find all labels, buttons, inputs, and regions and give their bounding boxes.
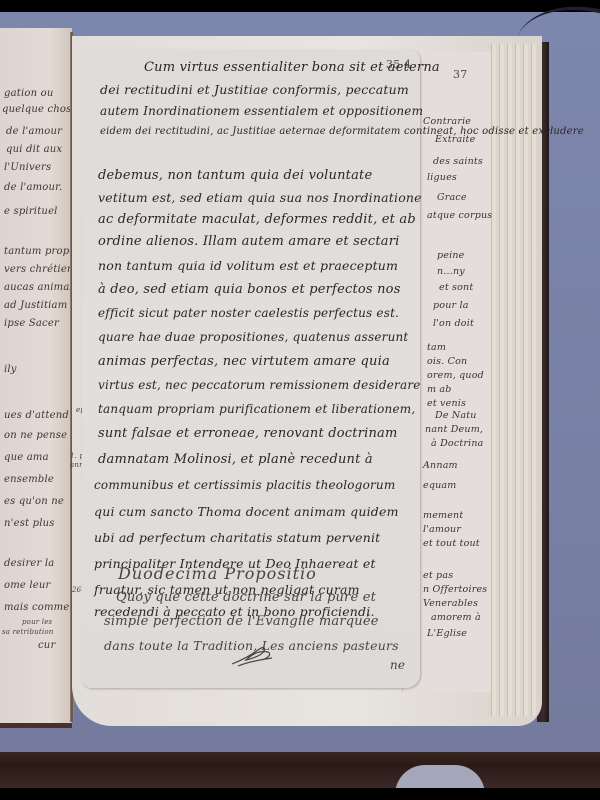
left-fragment: de l'amour.: [4, 182, 62, 193]
left-page: gation ou quelque chose non de l'amour q…: [0, 28, 72, 728]
text-line: quare hae duae propositiones, quatenus a…: [98, 330, 408, 344]
page-edges: [488, 44, 536, 716]
left-fragment: qui dit aux: [6, 144, 62, 155]
text-line: efficit sicut pater noster caelestis per…: [98, 306, 399, 320]
left-fragment: que ama: [4, 452, 49, 463]
text-line: animas perfectas, nec virtutem amare qui…: [98, 354, 390, 369]
left-fragment: ome leur: [4, 580, 51, 591]
margin-fragment: ligues: [427, 172, 457, 183]
french-text-line: simple perfection de l'Evangile marquée: [104, 614, 379, 629]
text-line: ac deformitate maculat, deformes reddit,…: [98, 212, 416, 227]
text-line: Cum virtus essentialiter bona sit et aet…: [144, 60, 440, 75]
margin-fragment: Grace: [437, 192, 467, 203]
margin-fragment: l'amour: [423, 524, 461, 535]
table-edge: [0, 752, 600, 790]
margin-fragment: orem, quod: [427, 370, 484, 381]
margin-fragment: atque corpus: [427, 210, 492, 221]
left-fragment: e spirituel: [4, 206, 58, 217]
margin-fragment: et tout tout: [423, 538, 480, 549]
margin-fragment: pour la: [433, 300, 469, 311]
text-line: autem Inordinationem essentialem et oppo…: [100, 104, 423, 118]
margin-fragment: mement: [423, 510, 463, 521]
left-fragment: sa retribution: [2, 628, 53, 636]
margin-fragment: des saints: [433, 156, 483, 167]
left-fragment: es qu'on ne: [4, 496, 64, 507]
margin-fragment: m ab: [427, 384, 452, 395]
margin-fragment: tam: [427, 342, 446, 353]
text-line: eidem dei rectitudini, ac Justitiae aete…: [100, 126, 584, 137]
margin-fragment: Annam: [423, 460, 458, 471]
text-line: qui cum sancto Thoma docent animam quide…: [94, 504, 399, 519]
left-fragment: ily: [4, 364, 17, 375]
text-line: à deo, sed etiam quia bonos et perfectos…: [98, 282, 401, 297]
left-fragment: ipse Sacer: [4, 318, 59, 329]
text-line: ubi ad perfectum charitatis statum perve…: [94, 530, 380, 545]
text-line: sunt falsae et erroneae, renovant doctri…: [98, 426, 398, 441]
margin-fragment: equam: [423, 480, 457, 491]
margin-fragment: ois. Con: [427, 356, 467, 367]
left-fragment: desirer la: [4, 558, 54, 569]
margin-fragment: et sont: [439, 282, 473, 293]
text-line: ordine alienos. Illam autem amare et sec…: [98, 234, 399, 249]
margin-fragment: l'on doit: [433, 318, 474, 329]
left-fragment: l'Univers: [4, 162, 51, 173]
text-line: tanquam propriam purificationem et liber…: [98, 402, 415, 416]
bottom-black-border: [0, 788, 600, 800]
margin-fragment: à Doctrina: [431, 438, 484, 449]
margin-fragment: n Offertoires: [423, 584, 487, 595]
margin-fragment: De Natu: [435, 410, 477, 421]
text-line: communibus et certissimis placitis theol…: [94, 478, 395, 492]
text-line: damnatam Molinosi, et planè recedunt à: [98, 452, 373, 467]
left-fragment: gation ou: [4, 88, 53, 99]
left-fragment: cur: [38, 640, 55, 651]
margin-fragment: n...ny: [437, 266, 465, 277]
left-fragment: mais comme: [4, 602, 69, 613]
french-text-line: ne: [390, 658, 405, 672]
text-line: non tantum quia id volitum est et praece…: [98, 258, 398, 273]
text-line: virtus est, nec peccatorum remissionem d…: [98, 378, 421, 392]
underlying-page-number: 37: [453, 68, 467, 81]
left-fragment: ad Justitiam: [4, 300, 67, 311]
left-fragment: ues d'attendre: [4, 410, 80, 421]
text-line: debemus, non tantum quia dei voluntate: [98, 168, 372, 183]
section-heading: Duodecima Propositio: [118, 564, 317, 583]
margin-fragment: Venerables: [423, 598, 478, 609]
text-line: vetitum est, sed etiam quia sua nos Inor…: [98, 190, 422, 205]
left-fragment: ensemble: [4, 474, 54, 485]
left-fragment: n'est plus: [4, 518, 55, 529]
left-fragment: tantum propo-: [4, 246, 79, 257]
left-fragment: aucas animas: [4, 282, 75, 293]
margin-fragment: amorem à: [431, 612, 481, 623]
text-line: dei rectitudini et Justitiae conformis, …: [100, 82, 409, 97]
margin-fragment: et venis: [427, 398, 466, 409]
margin-fragment: et pas: [423, 570, 453, 581]
margin-fragment: peine: [437, 250, 464, 261]
left-fragment: on ne pense: [4, 430, 67, 441]
flourish-signature-icon: [228, 642, 278, 668]
left-fragment: pour les: [22, 618, 52, 626]
margin-fragment: L'Eglise: [427, 628, 467, 639]
left-fragment: de l'amour: [6, 126, 62, 137]
french-text-line: Quoy que cette doctrine sur la pure et: [116, 590, 376, 605]
top-black-border: [0, 0, 600, 12]
margin-fragment: nant Deum,: [425, 424, 483, 435]
